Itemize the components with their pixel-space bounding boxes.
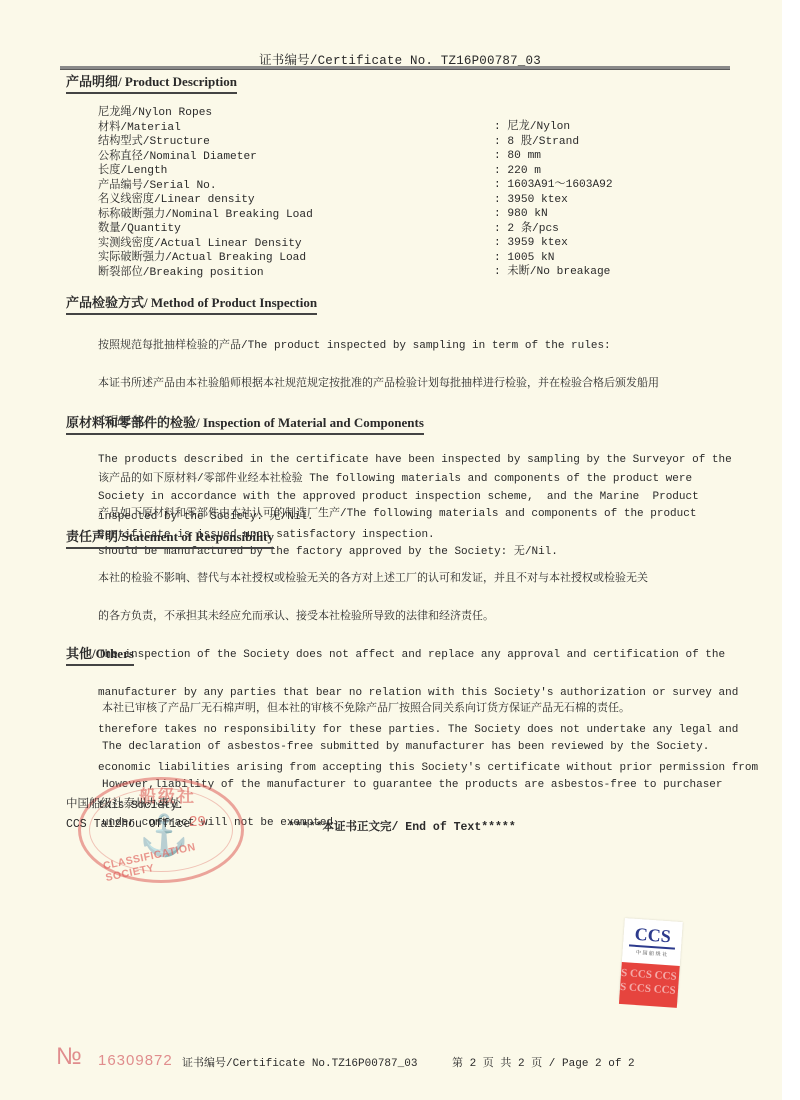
- spec-label: 标称破断强力/Nominal Breaking Load: [98, 208, 313, 223]
- ccs-label-hologram-band: S CCS CCS CCS S CCS CCS CCS: [619, 962, 680, 1008]
- text-line: 产品如下原材料和零部件由本社认可的制造厂生产/The following mat…: [98, 508, 696, 521]
- spec-value: : 220 m: [494, 164, 613, 179]
- office-name-zh: 中国船级社泰州办事处: [66, 795, 181, 811]
- spec-label: 数量/Quantity: [98, 222, 313, 237]
- section-title-statement-of-responsibility: 责任声明/Statement of Responsibility: [66, 526, 274, 549]
- text-line: 本社已审核了产品厂无石棉声明，但本社的审核不免除产品厂按照合同关系向订货方保证产…: [102, 703, 723, 716]
- text-line: 的各方负责，不承担其未经应允而承认、接受本社检验所导致的法律和经济责任。: [98, 611, 758, 624]
- ccs-logo-subtitle: 中 国 船 级 社: [622, 948, 680, 959]
- text-line: 本证书所述产品由本社验船师根据本社规范规定按批准的产品检验计划每批抽样进行检验，…: [98, 378, 732, 391]
- page-indicator: 第 2 页 共 2 页 / Page 2 of 2: [452, 1054, 635, 1070]
- spec-label: 名义线密度/Linear density: [98, 193, 313, 208]
- document-serial-number: 16309872: [98, 1052, 173, 1069]
- spec-label: 产品编号/Serial No.: [98, 179, 313, 194]
- page-edge: [782, 0, 800, 1100]
- text-line: The inspection of the Society does not a…: [98, 649, 758, 662]
- spec-label: 实测线密度/Actual Linear Density: [98, 237, 313, 252]
- spec-values: : 尼龙/Nylon : 8 股/Strand : 80 mm : 220 m …: [494, 120, 613, 280]
- ccs-logo: CCS: [623, 918, 683, 946]
- section-title-en: Statement of Responsibility: [122, 529, 274, 544]
- office-name-en: CCS Taizhou Office: [66, 818, 190, 831]
- spec-value: : 1005 kN: [494, 251, 613, 266]
- spec-value: : 80 mm: [494, 149, 613, 164]
- spec-value: : 1603A91～1603A92: [494, 178, 613, 193]
- spec-value: : 2 条/pcs: [494, 222, 613, 237]
- stamp-number: 29: [189, 813, 206, 830]
- spec-label: 公称直径/Nominal Diameter: [98, 150, 313, 165]
- header-rule: [60, 66, 730, 70]
- section-title-zh: 其他/: [66, 646, 96, 661]
- section-title-en: Method of Product Inspection: [148, 295, 317, 310]
- section-title-inspection-of-materials: 原材料和零部件的检验/ Inspection of Material and C…: [66, 412, 424, 435]
- spec-label: 断裂部位/Breaking position: [98, 266, 313, 281]
- spec-label: 长度/Length: [98, 164, 313, 179]
- ccs-label-top: CCS 中 国 船 级 社: [622, 918, 683, 966]
- footer-certificate-number: 证书编号/Certificate No.TZ16P00787_03: [182, 1054, 417, 1070]
- spec-value: : 3950 ktex: [494, 193, 613, 208]
- spec-value: : 3959 ktex: [494, 236, 613, 251]
- section-title-en: Inspection of Material and Components: [200, 415, 424, 430]
- spec-value: : 980 kN: [494, 207, 613, 222]
- section-title-en: Others: [96, 646, 134, 661]
- text-line: The declaration of asbestos-free submitt…: [102, 741, 723, 754]
- section-title-zh: 原材料和零部件的检验/: [66, 415, 200, 430]
- product-name: 尼龙绳/Nylon Ropes: [98, 106, 313, 121]
- section-title-zh: 产品明细/: [66, 74, 122, 89]
- spec-label: 结构型式/Structure: [98, 135, 313, 150]
- ccs-pattern-line: S CCS CCS CCS: [620, 980, 679, 998]
- spec-value: : 未断/No breakage: [494, 265, 613, 280]
- spec-value: : 尼龙/Nylon: [494, 120, 613, 135]
- section-title-zh: 产品检验方式/: [66, 295, 148, 310]
- section-title-en: Product Description: [122, 74, 237, 89]
- spec-labels: 尼龙绳/Nylon Ropes 材料/Material 结构型式/Structu…: [98, 106, 313, 281]
- section-title-zh: 责任声明/: [66, 529, 122, 544]
- text-line: 本社的检验不影响、替代与本社授权或检验无关的各方对上述工厂的认可和发证，并且不对…: [98, 573, 758, 586]
- section-title-product-description: 产品明细/ Product Description: [66, 71, 237, 94]
- serial-number-sign: №: [56, 1043, 82, 1071]
- end-of-text: *****本证书正文完/ End of Text*****: [288, 818, 516, 834]
- section-title-others: 其他/Others: [66, 643, 134, 666]
- text-line: 按照规范每批抽样检验的产品/The product inspected by s…: [98, 340, 732, 353]
- spec-label: 实际破断强力/Actual Breaking Load: [98, 251, 313, 266]
- spec-value: : 8 股/Strand: [494, 135, 613, 150]
- section-title-method-of-inspection: 产品检验方式/ Method of Product Inspection: [66, 292, 317, 315]
- spec-label: 材料/Material: [98, 121, 313, 136]
- ccs-security-label: CCS 中 国 船 级 社 S CCS CCS CCS S CCS CCS CC…: [619, 918, 683, 1004]
